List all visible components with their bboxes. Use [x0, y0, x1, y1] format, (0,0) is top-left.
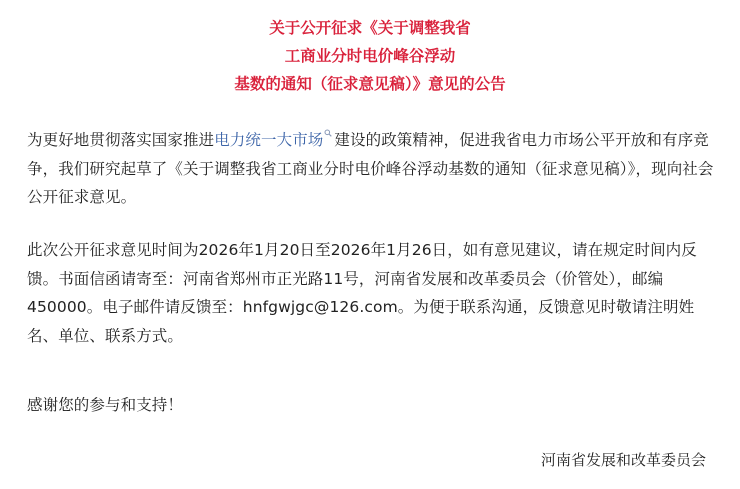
search-icon[interactable]	[324, 129, 332, 137]
announcement-title: 关于公开征求《关于调整我省 工商业分时电价峰谷浮动 基数的通知（征求意见稿）》意…	[0, 14, 740, 98]
keyword-link-unified-power-market[interactable]: 电力统一大市场	[214, 131, 323, 149]
title-line-1: 关于公开征求《关于调整我省	[0, 14, 740, 42]
signature-issuer: 河南省发展和改革委员会	[541, 448, 706, 472]
intro-text-before-link: 为更好地贯彻落实国家推进	[27, 131, 214, 149]
thanks-paragraph: 感谢您的参与和支持！	[27, 391, 717, 420]
title-line-3: 基数的通知（征求意见稿）》意见的公告	[0, 70, 740, 98]
title-line-2: 工商业分时电价峰谷浮动	[0, 42, 740, 70]
intro-paragraph: 为更好地贯彻落实国家推进电力统一大市场建设的政策精神，促进我省电力市场公平开放和…	[27, 126, 717, 212]
consultation-details-paragraph: 此次公开征求意见时间为2026年1月20日至2026年1月26日，如有意见建议，…	[27, 236, 717, 350]
